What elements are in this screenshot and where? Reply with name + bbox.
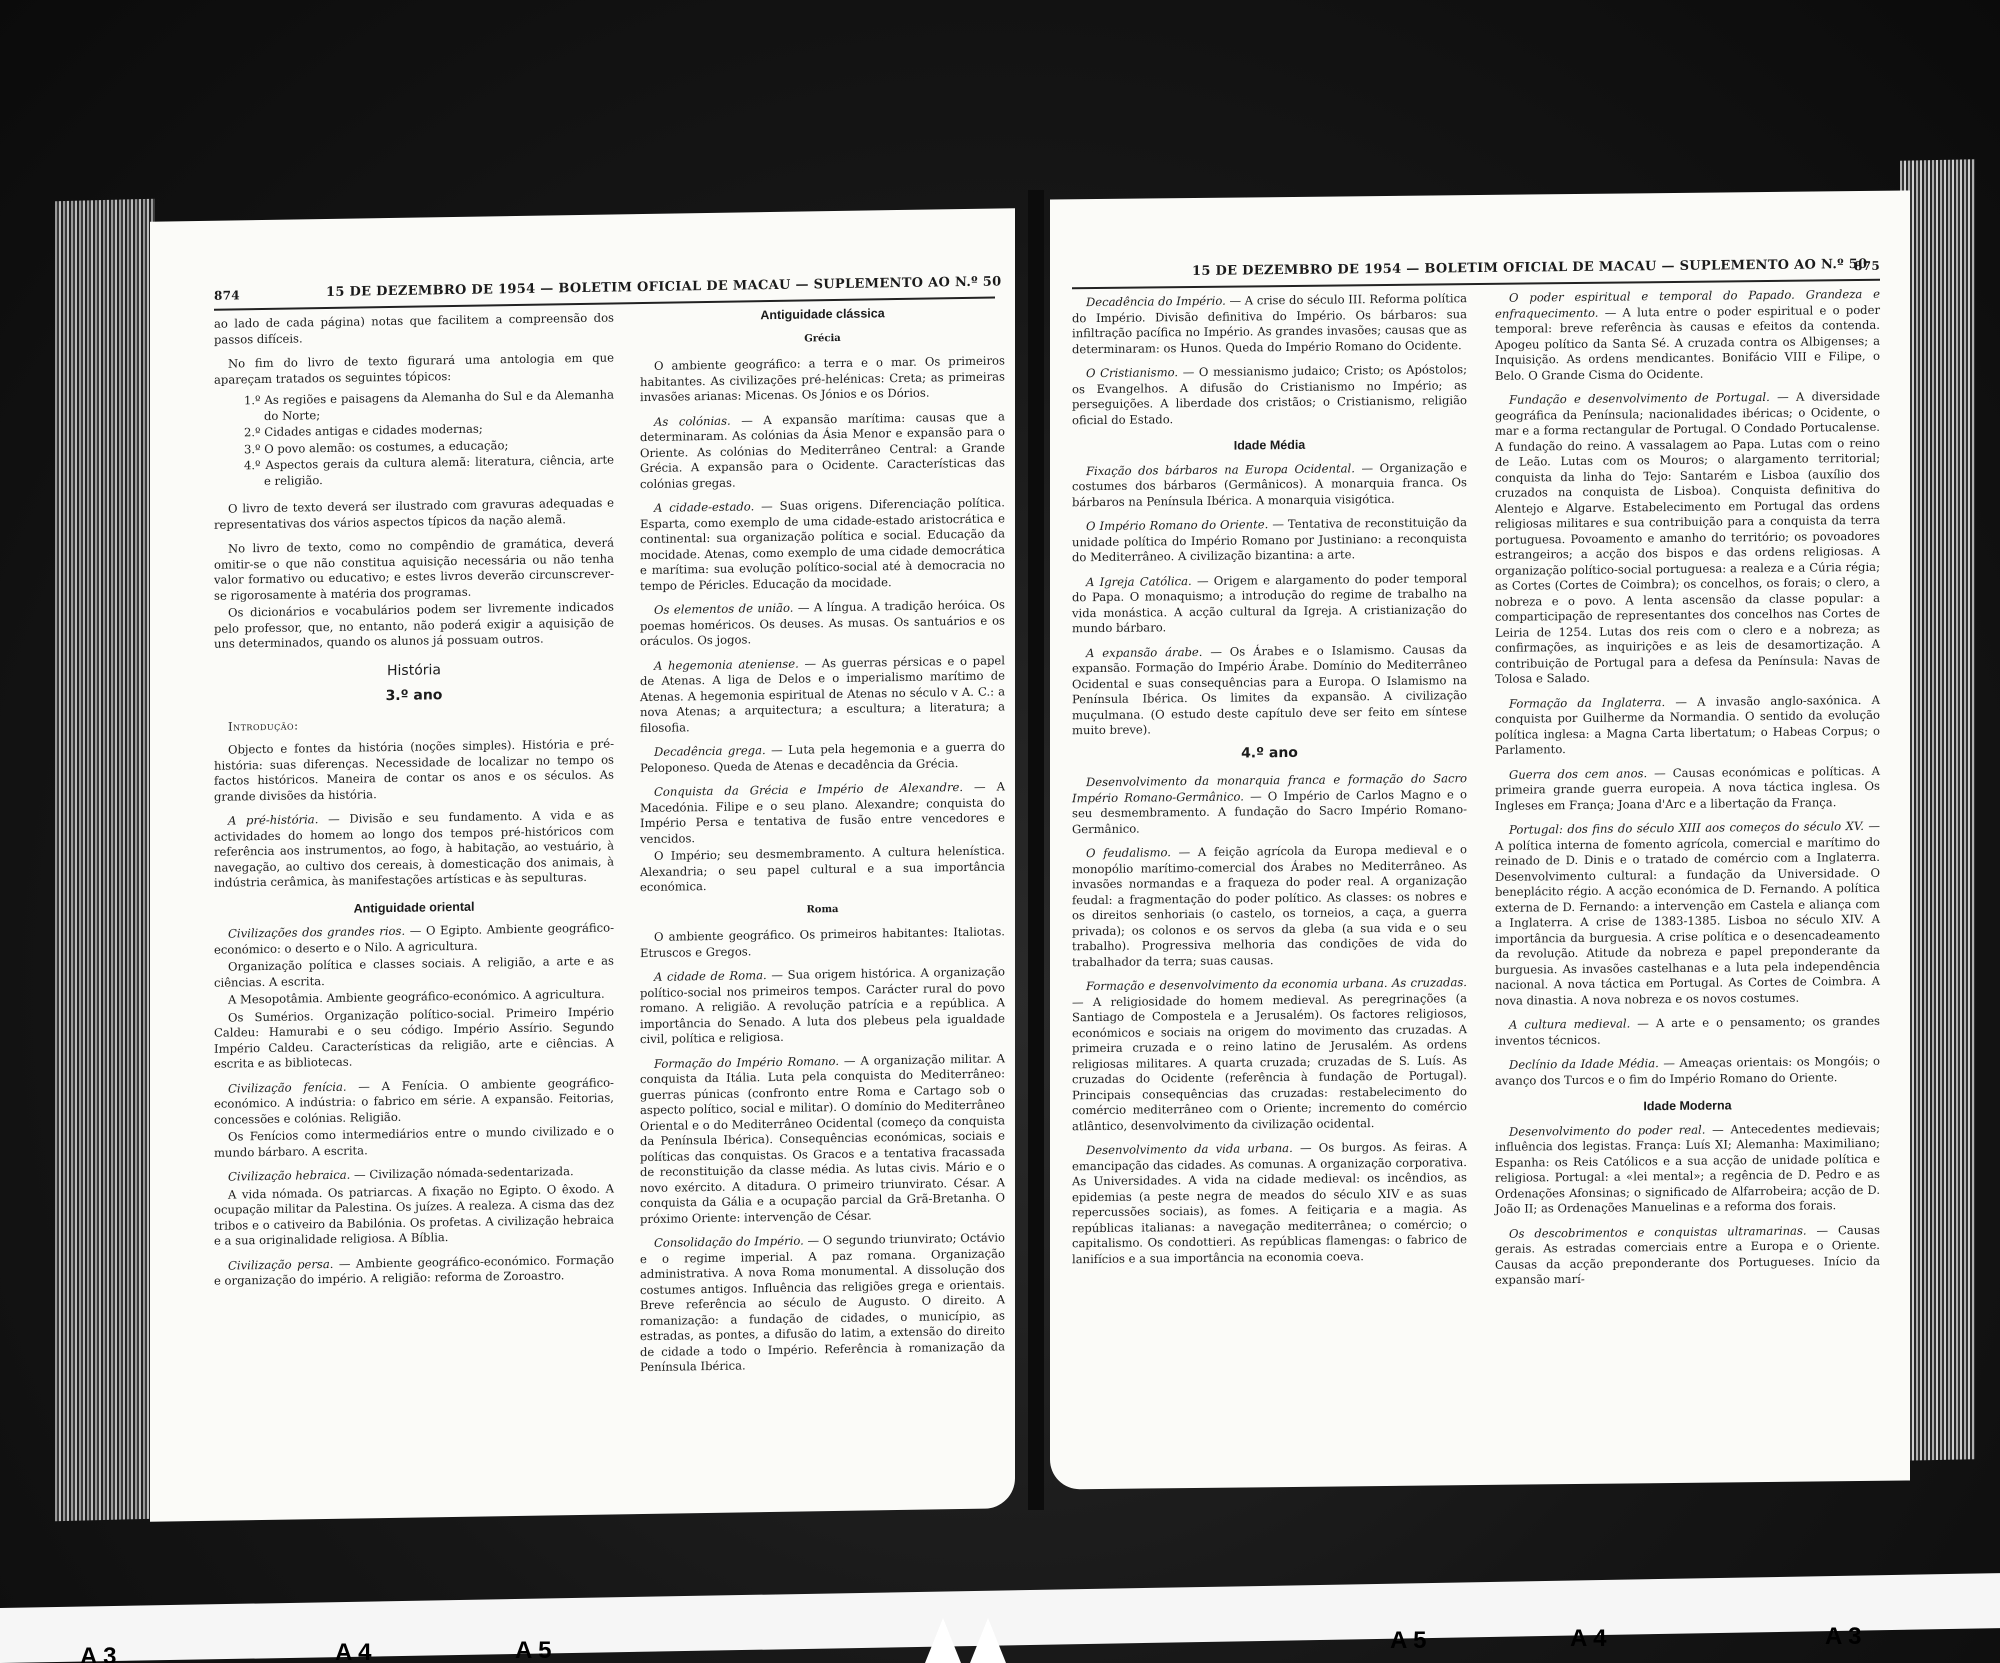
topic-title: A cidade-estado. bbox=[654, 499, 754, 515]
paragraph: Civilizações dos grandes rios. — O Egipt… bbox=[214, 921, 614, 958]
book-gutter bbox=[1028, 190, 1044, 1510]
paragraph: Desenvolvimento do poder real. — Anteced… bbox=[1495, 1120, 1880, 1217]
right-column-1: Decadência do Império. — A crise do sécu… bbox=[1072, 291, 1467, 1276]
running-head: 15 DE DEZEMBRO DE 1954 — BOLETIM OFICIAL… bbox=[326, 274, 1001, 300]
paragraph: Fixação dos bárbaros na Europa Ocidental… bbox=[1072, 460, 1467, 511]
topic-title: Guerra dos cem anos. bbox=[1509, 766, 1647, 781]
section-heading: Antiguidade oriental bbox=[214, 897, 614, 919]
paragraph: A cultura medieval. — A arte e o pensame… bbox=[1495, 1014, 1880, 1049]
topic-title: Desenvolvimento da vida urbana. bbox=[1086, 1141, 1293, 1157]
topic-title: O Cristianismo. bbox=[1086, 365, 1178, 380]
paragraph: Organização política e classes sociais. … bbox=[214, 954, 614, 991]
paragraph: A hegemonia ateniense. — As guerras pérs… bbox=[640, 653, 1005, 736]
paragraph: Decadência grega. — Luta pela hegemonia … bbox=[640, 739, 1005, 776]
section-heading: Idade Moderna bbox=[1495, 1097, 1880, 1117]
paragraph: A Igreja Católica. — Origem e alargament… bbox=[1072, 571, 1467, 637]
section-heading: Idade Média bbox=[1072, 436, 1467, 456]
topic-title: Fundação e desenvolvimento de Portugal. bbox=[1509, 390, 1770, 407]
right-page: 15 DE DEZEMBRO DE 1954 — BOLETIM OFICIAL… bbox=[1050, 190, 1910, 1489]
paragraph: Os Fenícios como intermediários entre o … bbox=[214, 1124, 614, 1161]
topic-title: As colónias. bbox=[654, 413, 731, 428]
paragraph: ao lado de cada página) notas que facili… bbox=[214, 311, 614, 348]
topic-title: Os descobrimentos e conquistas ultramari… bbox=[1509, 1223, 1807, 1240]
paragraph: O Império Romano do Oriente. — Tentativa… bbox=[1072, 515, 1467, 566]
paragraph: Formação do Império Romano. — A organiza… bbox=[640, 1051, 1005, 1227]
topic-title: A Igreja Católica. bbox=[1086, 574, 1192, 589]
topic-title: Civilização persa. bbox=[228, 1256, 333, 1272]
topic-title: Civilização hebraica. bbox=[228, 1168, 350, 1184]
left-page: 874 15 DE DEZEMBRO DE 1954 — BOLETIM OFI… bbox=[150, 208, 1015, 1522]
paragraph: O Cristianismo. — O messianismo judaico;… bbox=[1072, 362, 1467, 428]
topic-title: A pré-história. bbox=[228, 812, 318, 827]
topic-title: Formação da Inglaterra. bbox=[1509, 695, 1665, 711]
topic-title: A expansão árabe. bbox=[1086, 644, 1202, 659]
year-heading: 3.º ano bbox=[214, 686, 614, 708]
paragraph: Objecto e fontes da história (noções sim… bbox=[214, 737, 614, 805]
paragraph: Civilização persa. — Ambiente geográfico… bbox=[214, 1252, 614, 1289]
paragraph: Os Sumérios. Organização político-social… bbox=[214, 1004, 614, 1072]
film-markers: A 3 A 4 A 5 A 5 A 4 A 3 bbox=[0, 1603, 2000, 1663]
subheading: Introdução: bbox=[214, 713, 614, 735]
paragraph: Declínio da Idade Média. — Ameaças orien… bbox=[1495, 1054, 1880, 1089]
paragraph: O feudalismo. — A feição agrícola da Eur… bbox=[1072, 842, 1467, 970]
page-number: 874 bbox=[214, 288, 240, 302]
film-marker: A 5 bbox=[1390, 1627, 1426, 1655]
topics-list: 1.º As regiões e paisagens da Alemanha d… bbox=[214, 388, 614, 490]
topic-title: Civilizações dos grandes rios. bbox=[228, 924, 405, 941]
list-item: 1.º As regiões e paisagens da Alemanha d… bbox=[244, 388, 614, 425]
film-marker: A 5 bbox=[515, 1637, 551, 1663]
section-heading: História bbox=[214, 660, 614, 682]
paragraph: O Império; seu desmembramento. A cultura… bbox=[640, 843, 1005, 895]
topic-title: Consolidação do Império. bbox=[654, 1234, 804, 1250]
left-column-2: Antiguidade clássica Grécia O ambiente g… bbox=[640, 304, 1005, 1384]
paragraph: O ambiente geográfico. Os primeiros habi… bbox=[640, 924, 1005, 961]
paragraph: Conquista da Grécia e Império de Alexand… bbox=[640, 779, 1005, 847]
paragraph: O ambiente geográfico: a terra e o mar. … bbox=[640, 353, 1005, 405]
paragraph: A pré-história. — Divisão e seu fundamen… bbox=[214, 808, 614, 892]
paragraph: No fim do livro de texto figurará uma an… bbox=[214, 351, 614, 388]
topic-title: Declínio da Idade Média. bbox=[1509, 1056, 1659, 1072]
topic-title: A cultura medieval. bbox=[1509, 1016, 1630, 1031]
page-header: 874 15 DE DEZEMBRO DE 1954 — BOLETIM OFI… bbox=[214, 275, 995, 311]
film-marker: A 3 bbox=[80, 1643, 116, 1663]
subsection-heading: Grécia bbox=[640, 328, 1005, 349]
paragraph: Desenvolvimento da monarquia franca e fo… bbox=[1072, 771, 1467, 837]
book-edge-left bbox=[55, 199, 155, 1522]
film-marker: A 4 bbox=[1570, 1625, 1606, 1653]
paragraph: Consolidação do Império. — O segundo tri… bbox=[640, 1230, 1005, 1375]
topic-title: Decadência do Império. bbox=[1086, 294, 1226, 309]
topic-title: A hegemonia ateniense. bbox=[654, 656, 799, 672]
page-header: 15 DE DEZEMBRO DE 1954 — BOLETIM OFICIAL… bbox=[1072, 257, 1880, 289]
topic-title: Decadência grega. bbox=[654, 743, 766, 759]
topic-title: O Império Romano do Oriente. bbox=[1086, 517, 1268, 533]
paragraph: Guerra dos cem anos. — Causas económicas… bbox=[1495, 763, 1880, 814]
topic-title: Civilização fenícia. bbox=[228, 1079, 347, 1095]
paragraph: As colónias. — A expansão marítima: caus… bbox=[640, 409, 1005, 492]
book-edge-right bbox=[1900, 159, 1975, 1461]
paragraph: Os elementos de união. — A língua. A tra… bbox=[640, 597, 1005, 649]
paragraph: A expansão árabe. — Os Árabes e o Islami… bbox=[1072, 642, 1467, 739]
paragraph: O livro de texto deverá ser ilustrado co… bbox=[214, 496, 614, 533]
paragraph: O poder espiritual e temporal do Papado.… bbox=[1495, 287, 1880, 384]
alignment-arrow-icon bbox=[925, 1618, 961, 1663]
paragraph: A cidade-estado. — Suas origens. Diferen… bbox=[640, 495, 1005, 594]
paragraph: No livro de texto, como no compêndio de … bbox=[214, 536, 614, 604]
paragraph: Portugal: dos fins do século XIII aos co… bbox=[1495, 819, 1880, 1009]
page-number: 875 bbox=[1854, 259, 1880, 273]
paragraph: Formação e desenvolvimento da economia u… bbox=[1072, 975, 1467, 1134]
paragraph: Formação da Inglaterra. — A invasão angl… bbox=[1495, 692, 1880, 758]
topic-title: Fixação dos bárbaros na Europa Ocidental… bbox=[1086, 461, 1355, 478]
year-heading: 4.º ano bbox=[1072, 744, 1467, 764]
film-marker: A 4 bbox=[335, 1639, 371, 1663]
paragraph: Os descobrimentos e conquistas ultramari… bbox=[1495, 1222, 1880, 1288]
paragraph: Decadência do Império. — A crise do sécu… bbox=[1072, 291, 1467, 357]
paragraph: Os dicionários e vocabulários podem ser … bbox=[214, 600, 614, 653]
topic-title: A cidade de Roma. bbox=[654, 968, 767, 984]
left-column-1: ao lado de cada página) notas que facili… bbox=[214, 311, 614, 1299]
alignment-arrow-icon bbox=[970, 1618, 1006, 1663]
section-heading: Antiguidade clássica bbox=[640, 304, 1005, 325]
topic-title: Desenvolvimento do poder real. bbox=[1509, 1122, 1705, 1138]
running-head: 15 DE DEZEMBRO DE 1954 — BOLETIM OFICIAL… bbox=[1192, 257, 1867, 279]
topic-title: Os elementos de união. bbox=[654, 601, 793, 617]
paragraph: Civilização fenícia. — A Fenícia. O ambi… bbox=[214, 1075, 614, 1128]
paragraph: A vida nómada. Os patriarcas. A fixação … bbox=[214, 1181, 614, 1249]
paragraph: A cidade de Roma. — Sua origem histórica… bbox=[640, 964, 1005, 1047]
topic-title: Formação do Império Romano. bbox=[654, 1053, 839, 1070]
subsection-heading: Roma bbox=[640, 899, 1005, 920]
paragraph: Desenvolvimento da vida urbana. — Os bur… bbox=[1072, 1139, 1467, 1267]
paragraph: Fundação e desenvolvimento de Portugal. … bbox=[1495, 389, 1880, 688]
topic-title: O feudalismo. bbox=[1086, 845, 1171, 860]
list-item: 4.º Aspectos gerais da cultura alemã: li… bbox=[244, 453, 614, 490]
right-column-2: O poder espiritual e temporal do Papado.… bbox=[1495, 287, 1880, 1298]
film-marker: A 3 bbox=[1825, 1623, 1861, 1651]
